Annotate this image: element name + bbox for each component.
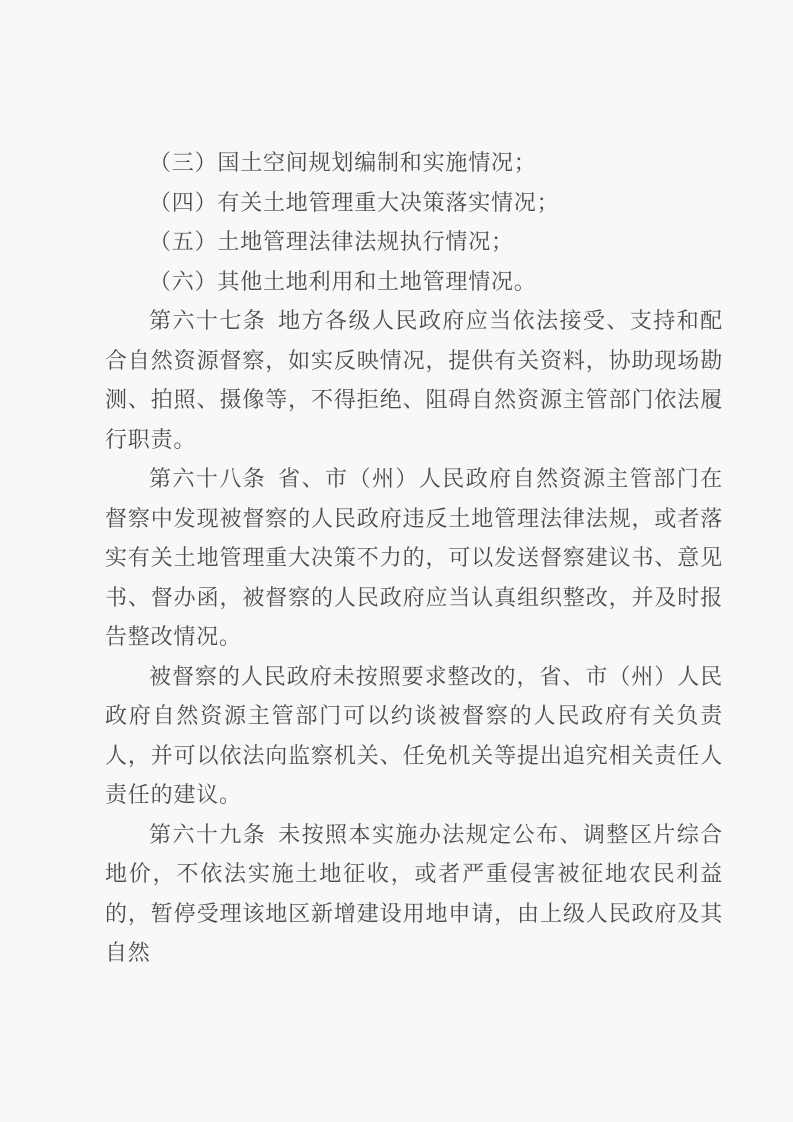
list-item-5: （五）土地管理法律法规执行情况； <box>105 222 723 262</box>
list-item-6: （六）其他土地利用和土地管理情况。 <box>105 262 723 302</box>
article-68-paragraph-1: 第六十八条 省、市（州）人民政府自然资源主管部门在督察中发现被督察的人民政府违反… <box>105 459 723 657</box>
list-item-4: （四）有关土地管理重大决策落实情况； <box>105 183 723 223</box>
list-item-3: （三）国土空间规划编制和实施情况； <box>105 143 723 183</box>
article-67-paragraph: 第六十七条 地方各级人民政府应当依法接受、支持和配合自然资源督察，如实反映情况，… <box>105 301 723 459</box>
document-text-block: （三）国土空间规划编制和实施情况； （四）有关土地管理重大决策落实情况； （五）… <box>105 143 723 973</box>
article-69-paragraph: 第六十九条 未按照本实施办法规定公布、调整区片综合地价，不依法实施土地征收，或者… <box>105 815 723 973</box>
article-68-paragraph-2: 被督察的人民政府未按照要求整改的，省、市（州）人民政府自然资源主管部门可以约谈被… <box>105 657 723 815</box>
document-page: （三）国土空间规划编制和实施情况； （四）有关土地管理重大决策落实情况； （五）… <box>0 0 793 1122</box>
